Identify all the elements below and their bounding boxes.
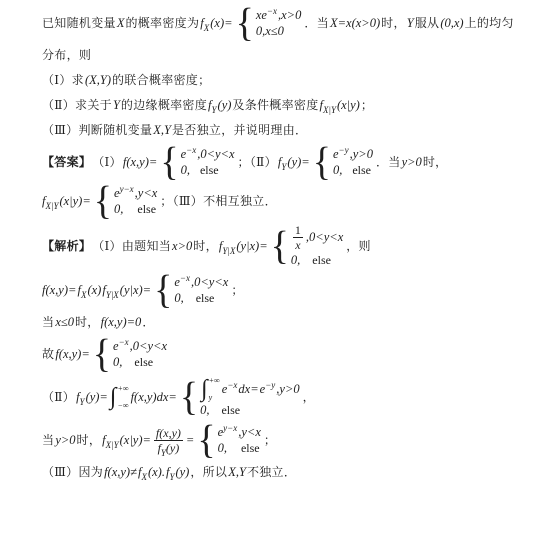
fraction: f(x,y)fY(y) [154,426,183,455]
math-roman: else [137,202,156,217]
cases-rows: e−x,0<y<x0,else [174,275,228,306]
cases-rows: 1x,0<y<x0,else [291,223,343,268]
solution-line-1: 【解析】（Ⅰ）由题知当x>0时，fY|X(y|x)={1x,0<y<x0,els… [42,223,523,268]
cases-row: e−x,0<y<x [113,339,167,354]
cases-row: ey−x,y<x [114,186,157,201]
math-subscript: Y [169,473,174,482]
integral-limits: +∞y [209,377,220,402]
math-superscript: −x [180,274,190,283]
math-superscripted: e−x [174,275,190,290]
math-subscripted: fY [166,462,175,482]
math-superscripted: e−x [222,382,238,397]
text-run: （Ⅱ）求关于 [42,95,112,115]
text-run: 当 [42,312,54,332]
math-run: 0, [113,355,122,370]
math-subscript: X [141,473,147,482]
piecewise-cases: {e−y,y>00,else [313,145,373,179]
math-run: (y|x)= [236,236,267,256]
integral-sign: ∫ [201,376,208,402]
section-label: 【解析】 [42,236,91,256]
cases-brace: { [313,144,331,180]
math-run: (y) [166,441,179,455]
text-run: ．当 [304,13,329,33]
text-run: 的联合概率密度； [112,70,210,90]
text-run: （Ⅰ）由题知当 [92,236,171,256]
math-run: ,y>0 [276,382,299,397]
math-run: 0, [181,163,190,178]
math-run: f(x,y)= [123,152,157,172]
spacer [210,410,220,411]
math-subscript: Y [161,449,166,458]
text-run: ； [231,280,243,300]
question-item-2: （Ⅱ）求关于Y的边缘概率密度fY(y)及条件概率密度fX|Y(x|y)； [42,95,523,115]
math-run: x≤0 [55,312,74,332]
math-roman: else [196,291,215,306]
piecewise-cases: {∫+∞ye−xdx=e−y,y>00,else [180,376,300,418]
math-run: ,0<y<x [197,147,234,162]
cases-row: 0,else [333,163,371,178]
text-run: 及条件概率密度 [232,95,318,115]
math-run: ,0<y<x [191,275,228,290]
math-run: (x)= [210,13,232,33]
math-superscripted: e−y [260,382,276,397]
cases-row: 0,else [181,163,219,178]
math-superscript: −x [186,146,196,155]
math-run: 0, [218,441,227,456]
text-run: （Ⅲ）判断随机变量 [42,120,152,140]
math-subscripted: fY [158,441,166,455]
text-run: 时， [75,312,100,332]
math-run: Y [113,95,120,115]
spacer [123,362,133,363]
fraction: 1x [293,223,303,252]
text-run: ， [303,387,315,407]
cases-rows: xe−x,x>00,x≤0 [256,8,302,39]
math-superscript: −x [227,381,237,390]
text-run: ；（Ⅱ） [238,152,277,172]
math-run: = [186,430,194,450]
cases-row: e−y,y>0 [333,147,373,162]
text-run: ；（Ⅲ）不相互独立． [160,191,277,211]
integral-upper-limit: +∞ [209,377,220,385]
math-subscripted: fX [77,280,86,300]
cases-brace: { [154,272,172,308]
cases-rows: ey−x,y<x0,else [218,425,261,456]
solution-line-4: 故f(x,y)={e−x,0<y<x0,else [42,337,523,371]
cases-row: e−x,0<y<x [181,147,235,162]
math-subscript: X [81,291,87,300]
math-base: xe [256,8,267,23]
math-superscripted: ey−x [218,425,238,440]
math-run: 0, [333,163,342,178]
math-superscripted: ey−x [114,186,134,201]
integral-lower-limit: y [209,394,220,402]
math-subscripted: fY|X [102,280,118,300]
text-run: （Ⅲ）因为 [42,462,103,482]
document-body: 已知随机变量X的概率密度为fX(x)={xe−x,x>00,x≤0．当X=x(x… [42,6,523,482]
math-run: 0, [291,253,300,268]
text-run: 故 [42,344,54,364]
cases-brace: { [197,422,215,458]
math-run: (y) [218,95,232,115]
math-subscript: Y [80,398,85,407]
text-run: 是否独立，并说明理由． [172,120,307,140]
math-superscript: y−x [120,185,134,194]
math-subscripted: fX|Y [320,95,336,115]
math-run: ,0<y<x [130,339,167,354]
math-roman: else [200,163,219,178]
math-roman: else [241,441,260,456]
math-run: (x). [148,462,165,482]
math-subscripted: fX [200,13,209,33]
math-subscript: X|Y [45,202,58,211]
text-run: 时， [193,236,218,256]
cases-brace: { [94,183,112,219]
solution-line-7: （Ⅲ）因为f(x,y)≠fX(x).fY(y)，所以X,Y不独立． [42,462,523,482]
math-superscripted: e−y [333,147,349,162]
fraction-denominator: x [293,238,302,252]
section-label: 【答案】 [42,152,91,172]
math-run: X=x(x>0) [330,13,380,33]
text-run: 分布，则 [42,45,91,65]
cases-brace: { [93,336,111,372]
fraction-denominator: fY(y) [156,441,182,455]
piecewise-cases: {e−x,0<y<x0,else [160,145,234,179]
math-run: (y)= [86,387,108,407]
answer-line-2: fX|Y(x|y)={ey−x,y<x0,else；（Ⅲ）不相互独立． [42,184,523,218]
math-run: 0,x≤0 [256,24,284,39]
math-subscripted: fX|Y [102,430,118,450]
text-run: ； [361,95,373,115]
math-run: (y) [175,462,189,482]
piecewise-cases: {e−x,0<y<x0,else [93,337,167,371]
math-run: x [295,238,300,252]
text-run: ； [264,430,276,450]
text-run: （Ⅰ） [92,152,122,172]
math-run: dx= [238,382,258,397]
math-roman: else [312,253,331,268]
math-subscript: Y|X [222,247,235,256]
math-run: ,0<y<x [306,230,343,245]
math-run: f(x,y)= [55,344,89,364]
math-run: f(x,y)= [42,280,76,300]
math-run: ,y<x [238,425,261,440]
cases-row: 0,else [291,253,331,268]
fraction-numerator: f(x,y) [154,426,183,440]
text-run: （Ⅰ）求 [42,70,84,90]
text-run: ． [142,312,154,332]
math-subscripted: fY [208,95,217,115]
math-run: (y)= [287,152,309,172]
math-subscript: Y [212,106,217,115]
cases-row: 0,else [218,441,260,456]
spacer [228,448,240,449]
text-run: ．当 [376,152,401,172]
math-subscript: X [204,24,210,33]
integral-lower-limit: −∞ [117,402,128,410]
cases-row: 0,x≤0 [256,24,284,39]
solution-line-5: （Ⅱ）fY(y)=∫+∞−∞f(x,y)dx={∫+∞ye−xdx=e−y,y>… [42,376,523,418]
cases-row: 0,else [113,355,153,370]
solution-line-2: f(x,y)=fX(x)fY|X(y|x)={e−x,0<y<x0,else； [42,273,523,307]
math-subscripted: fY [278,152,287,172]
math-subscripted: fY [76,387,85,407]
text-run: 服从 [415,13,440,33]
text-run: 的概率密度为 [125,13,199,33]
math-run: (x) [87,280,101,300]
cases-rows: ey−x,y<x0,else [114,186,157,217]
cases-rows: e−x,0<y<x0,else [181,147,235,178]
math-superscript: −y [339,146,349,155]
math-run: ,y<x [135,186,158,201]
math-run: X [117,13,125,33]
text-run: 已知随机变量 [42,13,116,33]
math-superscript: y−x [223,424,237,433]
math-run: x>0 [172,236,192,256]
math-subscript: X|Y [106,441,119,450]
math-run: (x|y)= [120,430,151,450]
text-run: 时， [77,430,102,450]
integral: ∫+∞y [201,376,220,402]
math-subscript: Y [281,163,286,172]
cases-row: ∫+∞ye−xdx=e−y,y>0 [200,376,300,402]
cases-row: xe−x,x>0 [256,8,302,23]
spacer [185,298,195,299]
math-subscript: Y|X [106,291,119,300]
math-subscript: X|Y [323,106,336,115]
cases-row: e−x,0<y<x [174,275,228,290]
math-run: f(x,y)dx= [131,387,177,407]
math-run: (x|y)= [59,191,90,211]
text-run: 时， [423,152,448,172]
cases-rows: e−x,0<y<x0,else [113,339,167,370]
spacer [191,170,199,171]
text-run: ，则 [346,236,371,256]
integral-upper-limit: +∞ [117,385,128,393]
math-subscripted: fY|X [219,236,235,256]
math-run: 0, [174,291,183,306]
math-superscript: −x [267,7,277,16]
piecewise-cases: {xe−x,x>00,x≤0 [236,6,302,40]
math-run: f(x,y)≠ [104,462,137,482]
math-roman: 1 [295,223,301,237]
math-subscripted: fX [138,462,147,482]
document-page: 已知随机变量X的概率密度为fX(x)={xe−x,x>00,x≤0．当X=x(x… [0,0,535,491]
math-run: 0, [200,403,209,418]
piecewise-cases: {ey−x,y<x0,else [197,423,261,457]
cases-row: 0,else [200,403,240,418]
cases-brace: { [160,144,178,180]
math-roman: else [221,403,240,418]
spacer [124,209,136,210]
spacer [343,170,351,171]
cases-row: 0,else [114,202,156,217]
spacer [301,260,311,261]
text-run: 当 [42,430,54,450]
cases-brace: { [236,5,254,41]
problem-statement-line-2: 分布，则 [42,45,523,65]
piecewise-cases: {e−x,0<y<x0,else [154,273,228,307]
cases-row: ey−x,y<x [218,425,261,440]
text-run: （Ⅱ） [42,387,75,407]
text-run: 上的均匀 [465,13,514,33]
math-run: 0, [114,202,123,217]
math-superscript: −y [265,381,275,390]
math-run: (x|y) [337,95,360,115]
math-run: ,y>0 [350,147,373,162]
math-superscripted: xe−x [256,8,277,23]
piecewise-cases: {1x,0<y<x0,else [271,223,344,268]
math-run: y>0 [402,152,422,172]
piecewise-cases: {ey−x,y<x0,else [94,184,158,218]
math-superscripted: e−x [113,339,129,354]
math-run: f(x,y)=0 [101,312,142,332]
integral-limits: +∞−∞ [117,385,128,410]
cases-brace: { [271,228,289,264]
text-run: 时， [381,13,406,33]
fraction-numerator: 1 [293,223,303,237]
integral: ∫+∞−∞ [110,384,129,410]
math-run: (X,Y) [85,70,111,90]
cases-rows: e−y,y>00,else [333,147,373,178]
math-superscript: −x [119,338,129,347]
text-run: ，所以 [190,462,227,482]
math-roman: else [134,355,153,370]
cases-row: 1x,0<y<x [291,223,343,252]
text-run: 的边缘概率密度 [121,95,207,115]
math-run: X,Y [228,462,246,482]
integral-sign: ∫ [110,384,117,410]
math-run: ,x>0 [278,8,301,23]
math-run: (0,x) [440,13,463,33]
answer-line-1: 【答案】（Ⅰ）f(x,y)={e−x,0<y<x0,else；（Ⅱ）fY(y)=… [42,145,523,179]
math-subscripted: fX|Y [42,191,58,211]
text-run: 不独立． [247,462,296,482]
math-roman: else [352,163,371,178]
math-run: (y|x)= [120,280,151,300]
solution-line-6: 当y>0时，fX|Y(x|y)=f(x,y)fY(y)={ey−x,y<x0,e… [42,423,523,457]
math-superscripted: e−x [181,147,197,162]
cases-rows: ∫+∞ye−xdx=e−y,y>00,else [200,376,300,418]
question-item-3: （Ⅲ）判断随机变量X,Y是否独立，并说明理由． [42,120,523,140]
cases-brace: { [180,379,198,415]
math-run: X,Y [153,120,171,140]
problem-statement-line-1: 已知随机变量X的概率密度为fX(x)={xe−x,x>00,x≤0．当X=x(x… [42,6,523,40]
math-run: f(x,y) [156,426,181,440]
solution-line-3: 当x≤0时，f(x,y)=0． [42,312,523,332]
math-run: y>0 [55,430,75,450]
math-run: Y [407,13,414,33]
question-item-1: （Ⅰ）求(X,Y)的联合概率密度； [42,70,523,90]
cases-row: 0,else [174,291,214,306]
